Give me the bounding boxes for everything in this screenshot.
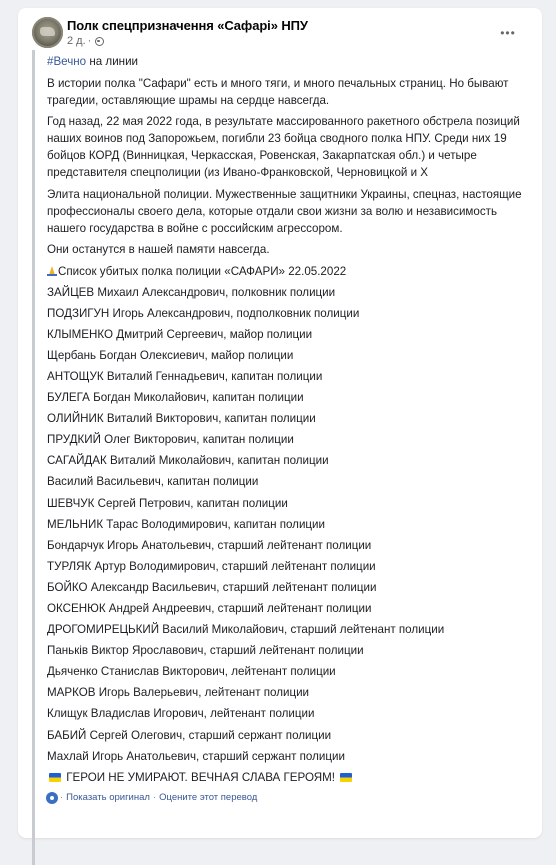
casualty-list: ЗАЙЦЕВ Михаил Александрович, полковник п…	[47, 284, 528, 769]
emblem-icon	[40, 27, 55, 36]
list-heading-text: Список убитых полка полиции «САФАРИ» 22.…	[58, 265, 346, 278]
list-item: БУЛЕГА Богдан Миколайович, капитан полиц…	[47, 389, 528, 410]
separator: ·	[60, 791, 63, 800]
post-body: #Вечно на линии В истории полка "Сафари"…	[32, 50, 528, 800]
page-avatar[interactable]	[32, 17, 63, 48]
list-item: ШЕВЧУК Сергей Петрович, капитан полиции	[47, 495, 528, 516]
list-item: Дьяченко Станислав Викторович, лейтенант…	[47, 663, 528, 684]
translation-bar: · Показать оригинал · Оцените этот перев…	[47, 791, 528, 800]
post-meta: 2 д. ·	[67, 35, 104, 47]
list-item: МАРКОВ Игорь Валерьевич, лейтенант полиц…	[47, 684, 528, 705]
list-item: КЛЫМЕНКО Дмитрий Сергеевич, майор полици…	[47, 326, 528, 347]
globe-icon	[95, 37, 104, 46]
list-item: САГАЙДАК Виталий Миколайович, капитан по…	[47, 452, 528, 473]
post-time[interactable]: 2 д.	[67, 35, 86, 47]
ukraine-flag-icon	[340, 773, 352, 782]
list-heading: Список убитых полка полиции «САФАРИ» 22.…	[47, 263, 528, 284]
ukraine-flag-icon	[49, 773, 61, 782]
hashtag-line: #Вечно на линии	[47, 53, 528, 70]
list-item: ПРУДКИЙ Олег Викторович, капитан полиции	[47, 431, 528, 452]
paragraph: Год назад, 22 мая 2022 года, в результат…	[47, 113, 528, 181]
gear-icon[interactable]	[47, 793, 57, 800]
separator: ·	[153, 791, 156, 800]
hashtag-link[interactable]: #Вечно	[47, 55, 86, 68]
list-item: ЗАЙЦЕВ Михаил Александрович, полковник п…	[47, 284, 528, 305]
list-item: ОКСЕНЮК Андрей Андреевич, старший лейтен…	[47, 600, 528, 621]
meta-separator: ·	[88, 35, 92, 47]
list-item: ТУРЛЯК Артур Володимирович, старший лейт…	[47, 558, 528, 579]
list-item: ОЛИЙНИК Виталий Викторович, капитан поли…	[47, 410, 528, 431]
rate-translation-link[interactable]: Оцените этот перевод	[159, 791, 257, 800]
more-options-button[interactable]: •••	[498, 27, 518, 39]
closing-text: ГЕРОИ НЕ УМИРАЮТ. ВЕЧНАЯ СЛАВА ГЕРОЯМ!	[66, 771, 335, 784]
list-item: АНТОЩУК Виталий Геннадьевич, капитан пол…	[47, 368, 528, 389]
praying-hands-icon	[47, 266, 57, 276]
list-item: Махлай Игорь Анатольевич, старший сержан…	[47, 748, 528, 769]
list-item: ПОДЗИГУН Игорь Александрович, подполковн…	[47, 305, 528, 326]
show-original-link[interactable]: Показать оригинал	[66, 791, 150, 800]
list-item: Бондарчук Игорь Анатольевич, старший лей…	[47, 537, 528, 558]
page-name-link[interactable]: Полк спецпризначення «Сафарі» НПУ	[67, 18, 308, 33]
list-item: Паньків Виктор Ярославович, старший лейт…	[47, 642, 528, 663]
post-header: Полк спецпризначення «Сафарі» НПУ 2 д. ·…	[32, 17, 528, 51]
paragraph: Они останутся в нашей памяти навсегда.	[47, 241, 528, 258]
list-item: МЕЛЬНИК Тарас Володимирович, капитан пол…	[47, 516, 528, 537]
post-card: Полк спецпризначення «Сафарі» НПУ 2 д. ·…	[18, 8, 542, 800]
list-item: ДРОГОМИРЕЦЬКИЙ Василий Миколайович, стар…	[47, 621, 528, 642]
hashtag-line-text: на линии	[86, 55, 138, 68]
paragraph: В истории полка "Сафари" есть и много тя…	[47, 75, 528, 109]
list-item: Щербань Богдан Олексиевич, майор полиции	[47, 347, 528, 368]
paragraph: Элита национальной полиции. Мужественные…	[47, 186, 528, 237]
list-item: Клищук Владислав Игорович, лейтенант пол…	[47, 705, 528, 726]
closing-line: ГЕРОИ НЕ УМИРАЮТ. ВЕЧНАЯ СЛАВА ГЕРОЯМ!	[47, 769, 528, 790]
list-item: Василий Васильевич, капитан полиции	[47, 473, 528, 494]
list-item: БОЙКО Александр Васильевич, старший лейт…	[47, 579, 528, 600]
list-item: БАБИЙ Сергей Олегович, старший сержант п…	[47, 727, 528, 748]
